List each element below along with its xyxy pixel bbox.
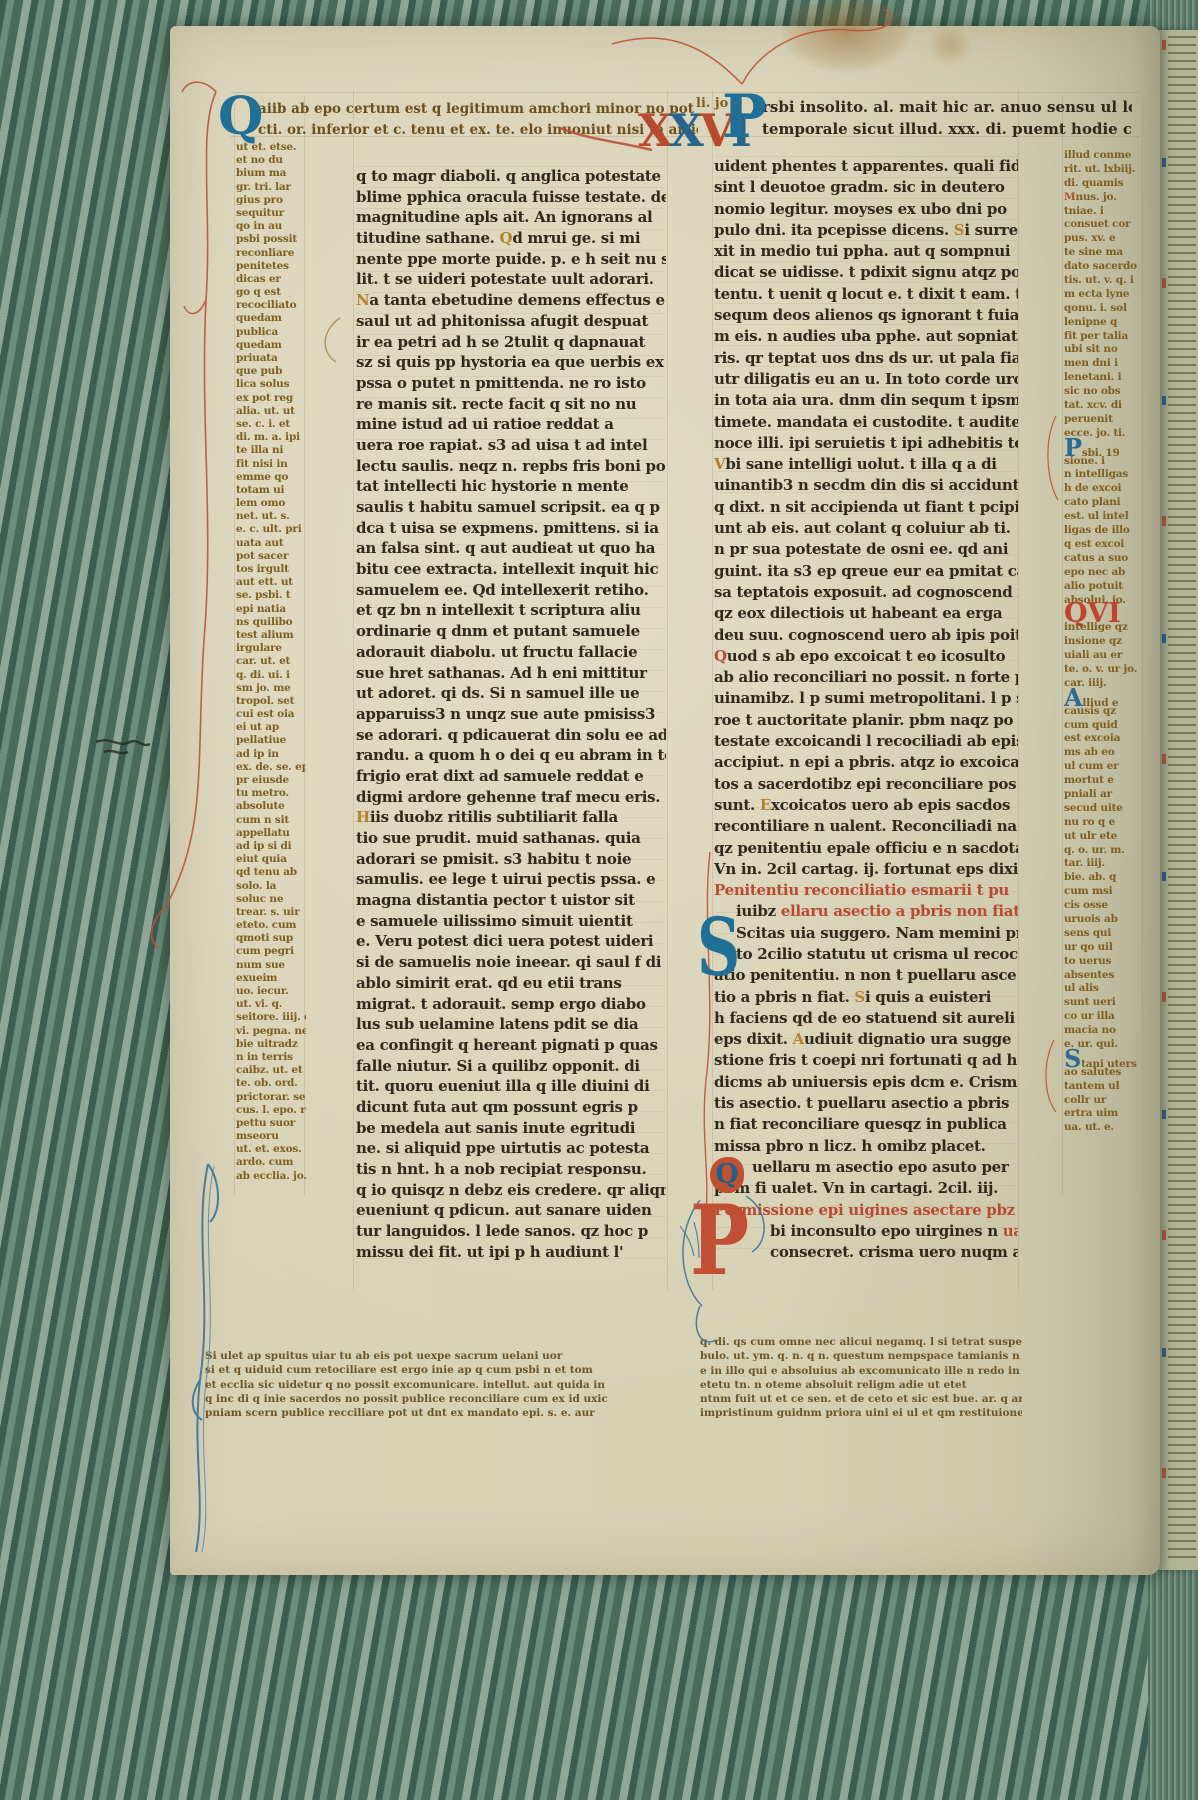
manuscript-text-line: exueim xyxy=(236,972,306,985)
manuscript-text-line: samulis. ee lege t uirui pectis pssa. e xyxy=(356,869,666,890)
manuscript-text-line: mseoru xyxy=(236,1130,306,1143)
manuscript-text-line: alio potuit xyxy=(1064,580,1144,594)
manuscript-text-line: h faciens qd de eo statuend sit aureli xyxy=(714,1008,1018,1029)
manuscript-text-line: solo. la xyxy=(236,880,306,893)
manuscript-text-line: etetu tn. n oteme absoluit religm adie u… xyxy=(700,1378,1022,1392)
footer-gloss-left: Si ulet ap spuitus uiar tu ab eis pot ue… xyxy=(205,1349,680,1424)
manuscript-text-line: uinamibz. l p sumi metropolitani. l p ss… xyxy=(714,688,1018,709)
parchment-stain xyxy=(926,24,974,66)
manuscript-text-line: falle niutur. Si a quilibz opponit. di xyxy=(356,1056,666,1077)
manuscript-text-line: caibz. ut. et xyxy=(236,1064,306,1077)
manuscript-text-line: pus. xv. e xyxy=(1064,232,1144,246)
manuscript-text-line: sic no obs xyxy=(1064,385,1144,399)
right-gloss-column: illud conmerit. ut. lxbiij.di. quamisMnu… xyxy=(1064,149,1144,1149)
manuscript-text-line: Quod s ab epo excoicat t eo icosulto xyxy=(714,646,1018,667)
manuscript-text-line: test alium xyxy=(236,629,306,642)
manuscript-text-line: rsbi insolito. al. mait hic ar. anuo sen… xyxy=(762,97,1132,119)
manuscript-text-line: to 2cilio statutu ut crisma ul recocili xyxy=(714,944,1018,965)
manuscript-text-line: missu dei fit. ut ipi p h audiunt l' xyxy=(356,1242,666,1263)
manuscript-text-line: tat. xcv. di xyxy=(1064,399,1144,413)
manuscript-text-line: nu ro q e xyxy=(1064,816,1144,830)
manuscript-text-line: Na tanta ebetudine demens effectus e. xyxy=(356,290,666,311)
manuscript-text-line: secud uite xyxy=(1064,802,1144,816)
manuscript-text-line: dicms ab uniuersis epis dcm e. Crisma xyxy=(714,1072,1018,1093)
manuscript-text-line: epi natia xyxy=(236,603,306,616)
manuscript-text-line: to uerus xyxy=(1064,955,1144,969)
main-column-left: q to magr diaboli. q anglica potestate s… xyxy=(356,166,666,1266)
manuscript-text-line: pniam scern publice recciliare pot ut dn… xyxy=(205,1406,680,1420)
footer-gloss-right: q. di. qs cum omne nec alicui negamq. l … xyxy=(700,1335,1022,1425)
manuscript-text-line: uata aut xyxy=(236,537,306,550)
manuscript-text-line: Permissione epi uigines asectare pbz xyxy=(714,1200,1018,1221)
manuscript-text-line: n fiat reconciliare quesqz in publica xyxy=(714,1114,1018,1135)
manuscript-text-line: q dixt. n sit accipienda ut fiant t pcip… xyxy=(714,497,1018,518)
ruling-line xyxy=(353,90,354,1290)
ruling-line xyxy=(1062,96,1063,1196)
manuscript-text-line: qz eox dilectiois ut habeant ea erga xyxy=(714,603,1018,624)
manuscript-text-line: qmoti sup xyxy=(236,932,306,945)
manuscript-text-line: cui est oia xyxy=(236,708,306,721)
manuscript-text-line: nente ppe morte puide. p. e h seit nu sa… xyxy=(356,249,666,270)
manuscript-text-line: ur qo uil xyxy=(1064,941,1144,955)
manuscript-text-line: temporale sicut illud. xxx. di. puemt ho… xyxy=(762,119,1132,141)
manuscript-text-line: sequm deos alienos qs ignorant t fuia xyxy=(714,305,1018,326)
manuscript-text-line: nomio legitur. moyses ex ubo dni po xyxy=(714,199,1018,220)
manuscript-text-line: q io quisqz n debz eis credere. qr aliqn xyxy=(356,1180,666,1201)
manuscript-text-line: epo nec ab xyxy=(1064,566,1144,580)
manuscript-text-line: consecret. crisma uero nuqm asiciat. xyxy=(714,1242,1018,1263)
manuscript-text-line: ut. et. exos. xyxy=(236,1143,306,1156)
manuscript-text-line: intellige qz xyxy=(1064,621,1144,635)
manuscript-text-line: samuelem ee. Qd intellexerit retiho. xyxy=(356,580,666,601)
adjacent-folio-initial-marks xyxy=(1162,40,1166,1518)
manuscript-text-line: pssa o putet n pmittenda. ne ro isto xyxy=(356,373,666,394)
manuscript-text-line: Si ulet ap spuitus uiar tu ab eis pot ue… xyxy=(205,1349,680,1363)
manuscript-text-line: ut. vi. q. xyxy=(236,998,306,1011)
manuscript-text-line: ris. qr teptat uos dns ds ur. ut pala fi… xyxy=(714,348,1018,369)
manuscript-text-line: alia. ut. ut xyxy=(236,405,306,418)
manuscript-text-line: si de samuelis noie ineear. qi saul f di xyxy=(356,952,666,973)
manuscript-text-line: pbm fi ualet. Vn in cartagi. 2cil. iij. xyxy=(714,1178,1018,1199)
manuscript-text-line: sequitur xyxy=(236,207,306,220)
manuscript-text-line: in tota aia ura. dnm din sequm t ipsm xyxy=(714,390,1018,411)
manuscript-text-line: dicat se uidisse. t pdixit signu atqz po… xyxy=(714,262,1018,283)
manuscript-text-line: prictorar. se xyxy=(236,1091,306,1104)
manuscript-text-line: re manis sit. recte facit q sit no nu xyxy=(356,394,666,415)
manuscript-text-line: bium ma xyxy=(236,167,306,180)
manuscript-text-line: tio a pbris n fiat. Si quis a euisteri xyxy=(714,987,1018,1008)
manuscript-text-line: m eis. n audies uba pphe. aut sopniato xyxy=(714,326,1018,347)
manuscript-text-line: noce illi. ipi seruietis t ipi adhebitis… xyxy=(714,433,1018,454)
adjacent-folio-edge xyxy=(1158,30,1198,1570)
manuscript-text-line: te sine ma xyxy=(1064,246,1144,260)
manuscript-text-line: impristinum guidnm priora uini ei ul et … xyxy=(700,1406,1022,1420)
manuscript-text-line: e samuele uilissimo simuit uientit xyxy=(356,911,666,932)
manuscript-text-line: ab alio reconciliari no possit. n forte … xyxy=(714,667,1018,688)
manuscript-text-line: eps dixit. Audiuit dignatio ura sugge xyxy=(714,1029,1018,1050)
manuscript-text-line: e. c. ult. pri xyxy=(236,523,306,536)
manuscript-text-line: e. Veru potest dici uera potest uideri xyxy=(356,931,666,952)
manuscript-text-line: eueniunt q pdicun. aut sanare uiden xyxy=(356,1200,666,1221)
manuscript-text-line: cus. l. epo. ret xyxy=(236,1104,306,1117)
manuscript-text-line: dicas er xyxy=(236,273,306,286)
manuscript-text-line: dicunt futa aut qm possunt egris p xyxy=(356,1097,666,1118)
illuminated-initial-s: S xyxy=(697,900,740,994)
manuscript-text-line: qo in au xyxy=(236,220,306,233)
manuscript-text-line: ardo. cum xyxy=(236,1156,306,1169)
manuscript-text-line: sa teptatois exposuit. ad cognoscend nu xyxy=(714,582,1018,603)
manuscript-text-line: cum quid xyxy=(1064,719,1144,733)
manuscript-text-line: stione fris t coepi nri fortunati q ad h xyxy=(714,1050,1018,1071)
manuscript-text-line: bie. ab. q xyxy=(1064,871,1144,885)
manuscript-text-line: missa pbro n licz. h omibz placet. xyxy=(714,1136,1018,1157)
manuscript-text-line: absentes xyxy=(1064,969,1144,983)
manuscript-text-line: fit nisi in xyxy=(236,458,306,471)
manuscript-text-line: uera roe rapiat. s3 ad uisa t ad intel xyxy=(356,435,666,456)
manuscript-text-line: tu metro. xyxy=(236,787,306,800)
manuscript-text-line: saul ut ad phitonissa afugit despuat xyxy=(356,311,666,332)
manuscript-text-line: ntnm fuit ut et ce sen. et de ceto et si… xyxy=(700,1392,1022,1406)
manuscript-text-line: ubi sit no xyxy=(1064,343,1144,357)
manuscript-text-line: unt ab eis. aut colant q coluiur ab ti. xyxy=(714,518,1018,539)
manuscript-text-line: absolute xyxy=(236,800,306,813)
manuscript-text-line: pellatiue xyxy=(236,734,306,747)
manuscript-text-line: uident phentes t apparentes. quali fide xyxy=(714,156,1018,177)
manuscript-text-line: trear. s. uir xyxy=(236,906,306,919)
manuscript-text-line: consuet cor xyxy=(1064,218,1144,232)
manuscript-text-line: peruenit xyxy=(1064,413,1144,427)
manuscript-text-line: illud conme xyxy=(1064,149,1144,163)
column2-opening-lines: rsbi insolito. al. mait hic ar. anuo sen… xyxy=(762,97,1132,143)
manuscript-text-line: q inc di q inie sacerdos no possit publi… xyxy=(205,1392,680,1406)
manuscript-text-line: sens qui xyxy=(1064,927,1144,941)
manuscript-text-line: collr ur xyxy=(1064,1094,1144,1108)
manuscript-text-line: iuibz ellaru asectio a pbris non fiat. xyxy=(714,901,1018,922)
manuscript-text-line: q. di. ui. i xyxy=(236,669,306,682)
manuscript-text-line: ordinarie q dnm et putant samuele xyxy=(356,621,666,642)
manuscript-text-line: adorari se pmisit. s3 habitu t noie xyxy=(356,849,666,870)
manuscript-text-line: cum msi xyxy=(1064,885,1144,899)
manuscript-text-line: go q est xyxy=(236,286,306,299)
manuscript-text-line: ul alis xyxy=(1064,982,1144,996)
manuscript-text-line: cum n sit xyxy=(236,814,306,827)
manuscript-text-line: ms ab eo xyxy=(1064,746,1144,760)
manuscript-text-line: ad ip si di xyxy=(236,840,306,853)
manuscript-text-line: eteto. cum xyxy=(236,919,306,932)
manuscript-text-line: tantem ul xyxy=(1064,1080,1144,1094)
manuscript-text-line: cum pegri xyxy=(236,945,306,958)
manuscript-text-line: uruois ab xyxy=(1064,913,1144,927)
manuscript-text-line: se adorari. q pdicauerat din solu ee ado xyxy=(356,725,666,746)
parchment-stain xyxy=(772,0,922,80)
manuscript-photo: { "colors":{"parchment":"#d6d0b3","fabri… xyxy=(0,0,1198,1800)
manuscript-text-line: te. ob. ord. xyxy=(236,1077,306,1090)
manuscript-text-line: m ecta lyne xyxy=(1064,288,1144,302)
manuscript-text-line: mortut e xyxy=(1064,774,1144,788)
manuscript-text-line: lus sub uelamine latens pdit se dia xyxy=(356,1014,666,1035)
manuscript-text-line: ab ecclia. jo. xyxy=(236,1170,306,1183)
manuscript-text-line: magna distantia pector t uistor sit xyxy=(356,890,666,911)
manuscript-text-line: be medela aut sanis inute egritudi xyxy=(356,1118,666,1139)
manuscript-text-line: magnitudine apls ait. An ignorans al xyxy=(356,207,666,228)
manuscript-text-line: tniae. i xyxy=(1064,205,1144,219)
manuscript-text-line: ns quilibo xyxy=(236,616,306,629)
ruling-line xyxy=(234,96,235,1196)
manuscript-text-line: se. psbi. t xyxy=(236,589,306,602)
manuscript-text-line: cti. or. inferior et c. tenu et ex. te. … xyxy=(258,120,698,141)
manuscript-text-line: macia no xyxy=(1064,1024,1144,1038)
manuscript-text-line: an falsa sint. q aut audieat ut quo ha xyxy=(356,538,666,559)
manuscript-text-line: tar. iiij. xyxy=(1064,857,1144,871)
manuscript-text-line: lectu saulis. neqz n. repbs fris boni po xyxy=(356,456,666,477)
manuscript-text-line: tentu. t uenit q locut e. t dixit t eam.… xyxy=(714,284,1018,305)
manuscript-text-line: Vbi sane intelligi uolut. t illa q a di xyxy=(714,454,1018,475)
manuscript-text-line: qonu. i. sol xyxy=(1064,302,1144,316)
manuscript-text-line: sz si quis pp hystoria ea que uerbis ex xyxy=(356,352,666,373)
manuscript-text-line: si et q uiduid cum retociliare est ergo … xyxy=(205,1363,680,1377)
manuscript-text-line: sione. i xyxy=(1064,455,1144,469)
manuscript-text-line: ertra uim xyxy=(1064,1107,1144,1121)
manuscript-text-line: pulo dni. ita pcepisse dicens. Si surre xyxy=(714,220,1018,241)
manuscript-text-line: h de excoi xyxy=(1064,482,1144,496)
manuscript-text-line: insione qz xyxy=(1064,635,1144,649)
manuscript-text-line: rit. ut. lxbiij. xyxy=(1064,163,1144,177)
manuscript-text-line: et qz bn n intellexit t scriptura aliu xyxy=(356,600,666,621)
manuscript-text-line: psbi possit xyxy=(236,233,306,246)
manuscript-text-line: tis asectio. t puellaru asectio a pbris xyxy=(714,1093,1018,1114)
manuscript-text-line: q to magr diaboli. q anglica potestate s… xyxy=(356,166,666,187)
manuscript-text-line: ei ut ap xyxy=(236,721,306,734)
manuscript-text-line: soluc ne xyxy=(236,893,306,906)
manuscript-text-line: totam ui xyxy=(236,484,306,497)
ruling-line xyxy=(230,92,1140,93)
manuscript-text-line: utr diligatis eu an u. In toto corde uro… xyxy=(714,369,1018,390)
manuscript-text-line: est. ul intel xyxy=(1064,510,1144,524)
manuscript-text-line: vi. pegna. ne xyxy=(236,1025,306,1038)
manuscript-text-line: atio penitentiu. n non t puellaru asce xyxy=(714,965,1018,986)
manuscript-text-line: ablo simirit erat. qd eu etii trans xyxy=(356,973,666,994)
manuscript-text-line: n pr sua potestate de osni ee. qd ani xyxy=(714,539,1018,560)
illuminated-initial-q: Q xyxy=(218,86,263,147)
manuscript-text-line: lit. t se uideri potestate uult adorari. xyxy=(356,269,666,290)
manuscript-text-line: bulo. ut. ym. q. n. q n. questum nempspa… xyxy=(700,1349,1022,1363)
manuscript-text-line: priuata xyxy=(236,352,306,365)
ruling-line xyxy=(1018,90,1019,1290)
manuscript-text-line: fit per talia xyxy=(1064,330,1144,344)
manuscript-text-line: cato plani xyxy=(1064,496,1144,510)
manuscript-text-line: sint l deuotoe gradm. sic in deutero xyxy=(714,177,1018,198)
manuscript-text-line: q. di. qs cum omne nec alicui negamq. l … xyxy=(700,1335,1022,1349)
manuscript-text-line: tat intellecti hic hystorie n mente xyxy=(356,476,666,497)
manuscript-text-line: saulis t habitu samuel scripsit. ea q p xyxy=(356,497,666,518)
manuscript-text-line: tropol. set xyxy=(236,695,306,708)
manuscript-text-line: lica solus xyxy=(236,378,306,391)
manuscript-text-line: di. m. a. ipi xyxy=(236,431,306,444)
manuscript-text-line: net. ut. s. xyxy=(236,510,306,523)
manuscript-text-line: tis. ut. v. q. i xyxy=(1064,274,1144,288)
manuscript-text-line: men dni i xyxy=(1064,357,1144,371)
manuscript-text-line: ir ea petri ad h se 2tulit q dapnauat xyxy=(356,332,666,353)
manuscript-text-line: recontiliare n ualent. Reconciliadi na xyxy=(714,816,1018,837)
manuscript-text-line: guint. ita s3 ep qreue eur ea pmitat cau xyxy=(714,561,1018,582)
manuscript-text-line: dato sacerdo xyxy=(1064,260,1144,274)
manuscript-text-line: bitu cee extracta. intellexit inquit hic xyxy=(356,559,666,580)
manuscript-text-line: penitetes xyxy=(236,260,306,273)
manuscript-text-line: Scitas uia suggero. Nam memini pri xyxy=(714,923,1018,944)
manuscript-text-line: aut ett. ut xyxy=(236,576,306,589)
manuscript-text-line: tur languidos. l lede sanos. qz hoc p xyxy=(356,1221,666,1242)
manuscript-text-line: titudine sathane. Qd mrui ge. si mi xyxy=(356,228,666,249)
manuscript-text-line: Stani uters xyxy=(1064,1052,1144,1066)
manuscript-text-line: uo. iecur. xyxy=(236,985,306,998)
manuscript-text-line: e in illo qui e absoluius ab excomunicat… xyxy=(700,1364,1022,1378)
ruling-line xyxy=(712,90,713,1290)
manuscript-text-line: appellatu xyxy=(236,827,306,840)
manuscript-text-line: uinantib3 n secdm din dis si accidunt xyxy=(714,475,1018,496)
manuscript-text-line: te. o. v. ur jo. xyxy=(1064,663,1144,677)
manuscript-text-line: adorauit diabolu. ut fructu fallacie xyxy=(356,642,666,663)
illuminated-initial-p: P xyxy=(722,82,767,152)
manuscript-text-line: mine istud ad ui ratioe reddat a xyxy=(356,414,666,435)
manuscript-text-line: bie uitradz xyxy=(236,1038,306,1051)
manuscript-text-line: gius pro xyxy=(236,194,306,207)
manuscript-text-line: aiib ab epo certum est q legitimum amcho… xyxy=(258,99,698,120)
manuscript-text-line: Psbi. 19 xyxy=(1064,441,1144,455)
manuscript-text-line: di. quamis xyxy=(1064,177,1144,191)
manuscript-text-line: roe t auctoritate planir. pbm naqz po xyxy=(714,710,1018,731)
manuscript-text-line: quedam xyxy=(236,339,306,352)
manuscript-text-line: co ur illa xyxy=(1064,1010,1144,1024)
manuscript-text-line: sunt. Excoicatos uero ab epis sacdos xyxy=(714,795,1018,816)
manuscript-text-line: ad ip in xyxy=(236,748,306,761)
manuscript-text-line: est excoia xyxy=(1064,732,1144,746)
manuscript-text-line: lenipne q xyxy=(1064,316,1144,330)
manuscript-text-line: qz penitentiu epale officiu e n sacdotal… xyxy=(714,838,1018,859)
manuscript-text-line: lenetani. i xyxy=(1064,371,1144,385)
manuscript-text-line: dca t uisa se expmens. pmittens. si ia xyxy=(356,518,666,539)
manuscript-text-line: ligas de illo xyxy=(1064,524,1144,538)
manuscript-text-line: blime pphica oracula fuisse testate. de … xyxy=(356,187,666,208)
manuscript-text-line: irgulare xyxy=(236,642,306,655)
manuscript-text-line: ex. de. se. ep xyxy=(236,761,306,774)
manuscript-text-line: xit in medio tui ppha. aut q sompnui xyxy=(714,241,1018,262)
manuscript-text-line: quedam xyxy=(236,312,306,325)
manuscript-text-line: digmi ardore gehenne traf mecu eris. xyxy=(356,787,666,808)
main-column-right: uident phentes t apparentes. quali fides… xyxy=(714,156,1018,1268)
manuscript-text-line: sunt ueri xyxy=(1064,996,1144,1010)
adjacent-folio-text-lines xyxy=(1168,36,1196,1564)
manuscript-text-line: randu. a quom h o dei q eu abram in te xyxy=(356,745,666,766)
manuscript-text-line: te illa ni xyxy=(236,444,306,457)
manuscript-text-line: apparuiss3 n unqz sue aute pmisiss3 xyxy=(356,704,666,725)
manuscript-text-line: Vn in. 2cil cartag. ij. fortunat eps dix… xyxy=(714,859,1018,880)
manuscript-text-line: ua. ut. e. xyxy=(1064,1121,1144,1135)
manuscript-text-line: timete. mandata ei custodite. t audite xyxy=(714,412,1018,433)
manuscript-text-line: uellaru m asectio epo asuto per xyxy=(714,1157,1018,1178)
manuscript-text-line: QVI xyxy=(1064,607,1144,621)
manuscript-text-line: tio sue prudit. muid sathanas. quia xyxy=(356,828,666,849)
manuscript-text-line: lem omo xyxy=(236,497,306,510)
manuscript-text-line: tos irgult xyxy=(236,563,306,576)
manuscript-text-line: reconliare xyxy=(236,247,306,260)
manuscript-text-line: gr. tri. lar xyxy=(236,181,306,194)
manuscript-text-line: causis qz xyxy=(1064,705,1144,719)
manuscript-text-line: tis n hnt. h a nob recipiat responsu. xyxy=(356,1159,666,1180)
manuscript-text-line: recociliato xyxy=(236,299,306,312)
manuscript-text-line: tit. quoru eueniut illa q ille diuini di xyxy=(356,1076,666,1097)
manuscript-text-line: que pub xyxy=(236,365,306,378)
manuscript-text-line: et no du xyxy=(236,154,306,167)
top-marginal-gloss: aiib ab epo certum est q legitimum amcho… xyxy=(258,99,698,143)
manuscript-text-line: sm jo. me xyxy=(236,682,306,695)
manuscript-text-line: Alliud e xyxy=(1064,691,1144,705)
manuscript-text-line: catus a suo xyxy=(1064,552,1144,566)
manuscript-text-line: uiali au er xyxy=(1064,649,1144,663)
manuscript-text-line: deu suu. cognoscend uero ab ipis poit q. xyxy=(714,625,1018,646)
manuscript-text-line: ul cum er xyxy=(1064,760,1144,774)
manuscript-text-line: tos a sacerdotibz epi reconciliare pos xyxy=(714,774,1018,795)
manuscript-text-line: pettu suor xyxy=(236,1117,306,1130)
manuscript-text-line: Hiis duobz ritilis subtiliarit falla xyxy=(356,807,666,828)
manuscript-text-line: pniali ar xyxy=(1064,788,1144,802)
left-gloss-column: ut et. etse.et no dubium magr. tri. larg… xyxy=(236,141,306,1191)
manuscript-text-line: Mnus. jo. xyxy=(1064,191,1144,205)
manuscript-text-line: migrat. t adorauit. semp ergo diabo xyxy=(356,994,666,1015)
manuscript-text-line: ex pot reg xyxy=(236,392,306,405)
manuscript-text-line: et ecclia sic uidetur q no possit excomu… xyxy=(205,1378,680,1392)
manuscript-text-line: q. o. ur. m. xyxy=(1064,844,1144,858)
manuscript-text-line: emme qo xyxy=(236,471,306,484)
manuscript-text-line: frigio erat dixt ad samuele reddat e xyxy=(356,766,666,787)
manuscript-text-line: eiut quia xyxy=(236,853,306,866)
manuscript-text-line: ea confingit q hereant pignati p quas xyxy=(356,1035,666,1056)
manuscript-text-line: q est excoi xyxy=(1064,538,1144,552)
manuscript-text-line: num sue xyxy=(236,959,306,972)
manuscript-text-line: ne. si aliquid ppe uirtutis ac potesta xyxy=(356,1138,666,1159)
illuminated-initial-p-red: P xyxy=(690,1184,749,1297)
manuscript-text-line: car. ut. et xyxy=(236,655,306,668)
manuscript-text-line: publica xyxy=(236,326,306,339)
manuscript-text-line: ut ulr ete xyxy=(1064,830,1144,844)
manuscript-text-line: Penitentiu reconciliatio esmarii t pu xyxy=(714,880,1018,901)
manuscript-text-line: accipiut. n epi a pbris. atqz io excoica xyxy=(714,752,1018,773)
manuscript-text-line: ut adoret. qi ds. Si n samuel ille ue xyxy=(356,683,666,704)
manuscript-text-line: n intelligas xyxy=(1064,468,1144,482)
manuscript-text-line: qd tenu ab xyxy=(236,866,306,879)
manuscript-text-line: pot sacer xyxy=(236,550,306,563)
ruling-line xyxy=(667,90,668,1290)
manuscript-text-line: se. c. i. et xyxy=(236,418,306,431)
manuscript-text-line: n in terris xyxy=(236,1051,306,1064)
manuscript-text-line: bi inconsulto epo uirgines n ualet. xyxy=(714,1221,1018,1242)
manuscript-text-line: pr eiusde xyxy=(236,774,306,787)
manuscript-text-line: seitore. iiij. q. xyxy=(236,1011,306,1024)
manuscript-text-line: testate excoicandi l recociliadi ab epis xyxy=(714,731,1018,752)
manuscript-text-line: sue hret sathanas. Ad h eni mittitur xyxy=(356,663,666,684)
manuscript-text-line: cis osse xyxy=(1064,899,1144,913)
